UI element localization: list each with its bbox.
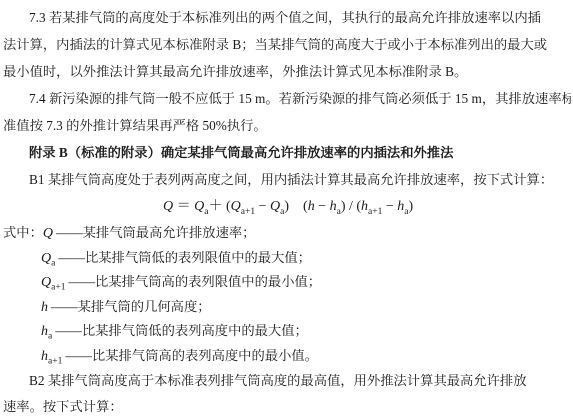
definition-description: ——比某排气筒低的表列限值中的最大值；: [58, 250, 311, 265]
text-line: B2 某排气筒高度高于本标准表列排气筒高度的最高值，用外推法计算其最高允许排放: [3, 368, 571, 394]
clause-b1-paragraph: B1 某排气筒高度处于表列两高度之间，用内插法计算其最高允许排放速率，按下式计算…: [3, 166, 571, 193]
definition-row: h——某排气筒的几何高度；: [3, 295, 571, 320]
definition-symbol: Q: [43, 226, 53, 241]
text-line: 7.3 若某排气筒的高度处于本标准列出的两个值之间，其执行的最高允许排放速率以内…: [3, 4, 571, 31]
definition-description: ——比某排气筒高的表列高度中的最小值。: [65, 348, 318, 363]
definition-symbol: h: [41, 349, 48, 364]
text-line: B1 某排气筒高度处于表列两高度之间，用内插法计算其最高允许排放速率，按下式计算…: [3, 166, 571, 193]
definition-description: ——某排气筒的几何高度；: [51, 299, 211, 314]
definition-row: Qa+1——比某排气筒高的表列限值中的最小值；: [3, 270, 571, 295]
definition-symbol: Q: [41, 275, 51, 290]
heading-line: 附录 B（标准的附录）确定某排气筒最高允许排放速率的内插法和外推法: [3, 139, 571, 166]
text-line: 7.4 新污染源的排气筒一般不应低于 15 m。若新污染源的排气筒必须低于 15…: [3, 85, 571, 112]
interpolation-formula: Q ＝ Qa＋ (Qa+1 − Qa) (h − ha) / (ha+1 − h…: [3, 193, 571, 221]
text-line: 准值按 7.3 的外推计算结果再严格 50%执行。: [3, 112, 571, 139]
appendix-b-heading: 附录 B（标准的附录）确定某排气筒最高允许排放速率的内插法和外推法: [3, 139, 571, 166]
definition-description: ——比某排气筒高的表列限值中的最小值；: [68, 274, 321, 289]
definition-subscript: a: [48, 332, 52, 342]
document-page: 7.3 若某排气筒的高度处于本标准列出的两个值之间，其执行的最高允许排放速率以内…: [0, 0, 573, 417]
definition-symbol: h: [41, 324, 48, 339]
definition-subscript: a+1: [48, 356, 62, 366]
text-line: 法计算，内插法的计算式见本标准附录 B；当某排气筒的高度大于或小于本标准列出的最…: [3, 31, 571, 58]
formula-term-list: 式中：Q——某排气筒最高允许排放速率； Qa——比某排气筒低的表列限值中的最大值…: [3, 221, 571, 368]
definition-row: ha+1——比某排气筒高的表列高度中的最小值。: [3, 344, 571, 369]
definition-symbol: Q: [41, 251, 51, 266]
definition-prefix: 式中：: [3, 225, 43, 240]
definition-subscript: a: [51, 258, 55, 268]
definition-row: Qa——比某排气筒低的表列限值中的最大值；: [3, 246, 571, 271]
definition-description: ——比某排气筒低的表列高度中的最大值；: [55, 323, 308, 338]
clause-7-4-paragraph: 7.4 新污染源的排气筒一般不应低于 15 m。若新污染源的排气筒必须低于 15…: [3, 85, 571, 139]
clause-7-3-paragraph: 7.3 若某排气筒的高度处于本标准列出的两个值之间，其执行的最高允许排放速率以内…: [3, 4, 571, 85]
definition-row: 式中：Q——某排气筒最高允许排放速率；: [3, 221, 571, 246]
definition-description: ——某排气筒最高允许排放速率；: [56, 225, 255, 240]
definition-symbol: h: [41, 300, 48, 315]
text-line: 速率。按下式计算：: [3, 394, 571, 417]
clause-b2-paragraph: B2 某排气筒高度高于本标准表列排气筒高度的最高值，用外推法计算其最高允许排放 …: [3, 368, 571, 417]
definition-row: ha——比某排气筒低的表列高度中的最大值；: [3, 319, 571, 344]
text-line: 最小值时，以外推法计算其最高允许排放速率，外推法计算式见本标准附录 B。: [3, 58, 571, 85]
definition-subscript: a+1: [51, 283, 65, 293]
